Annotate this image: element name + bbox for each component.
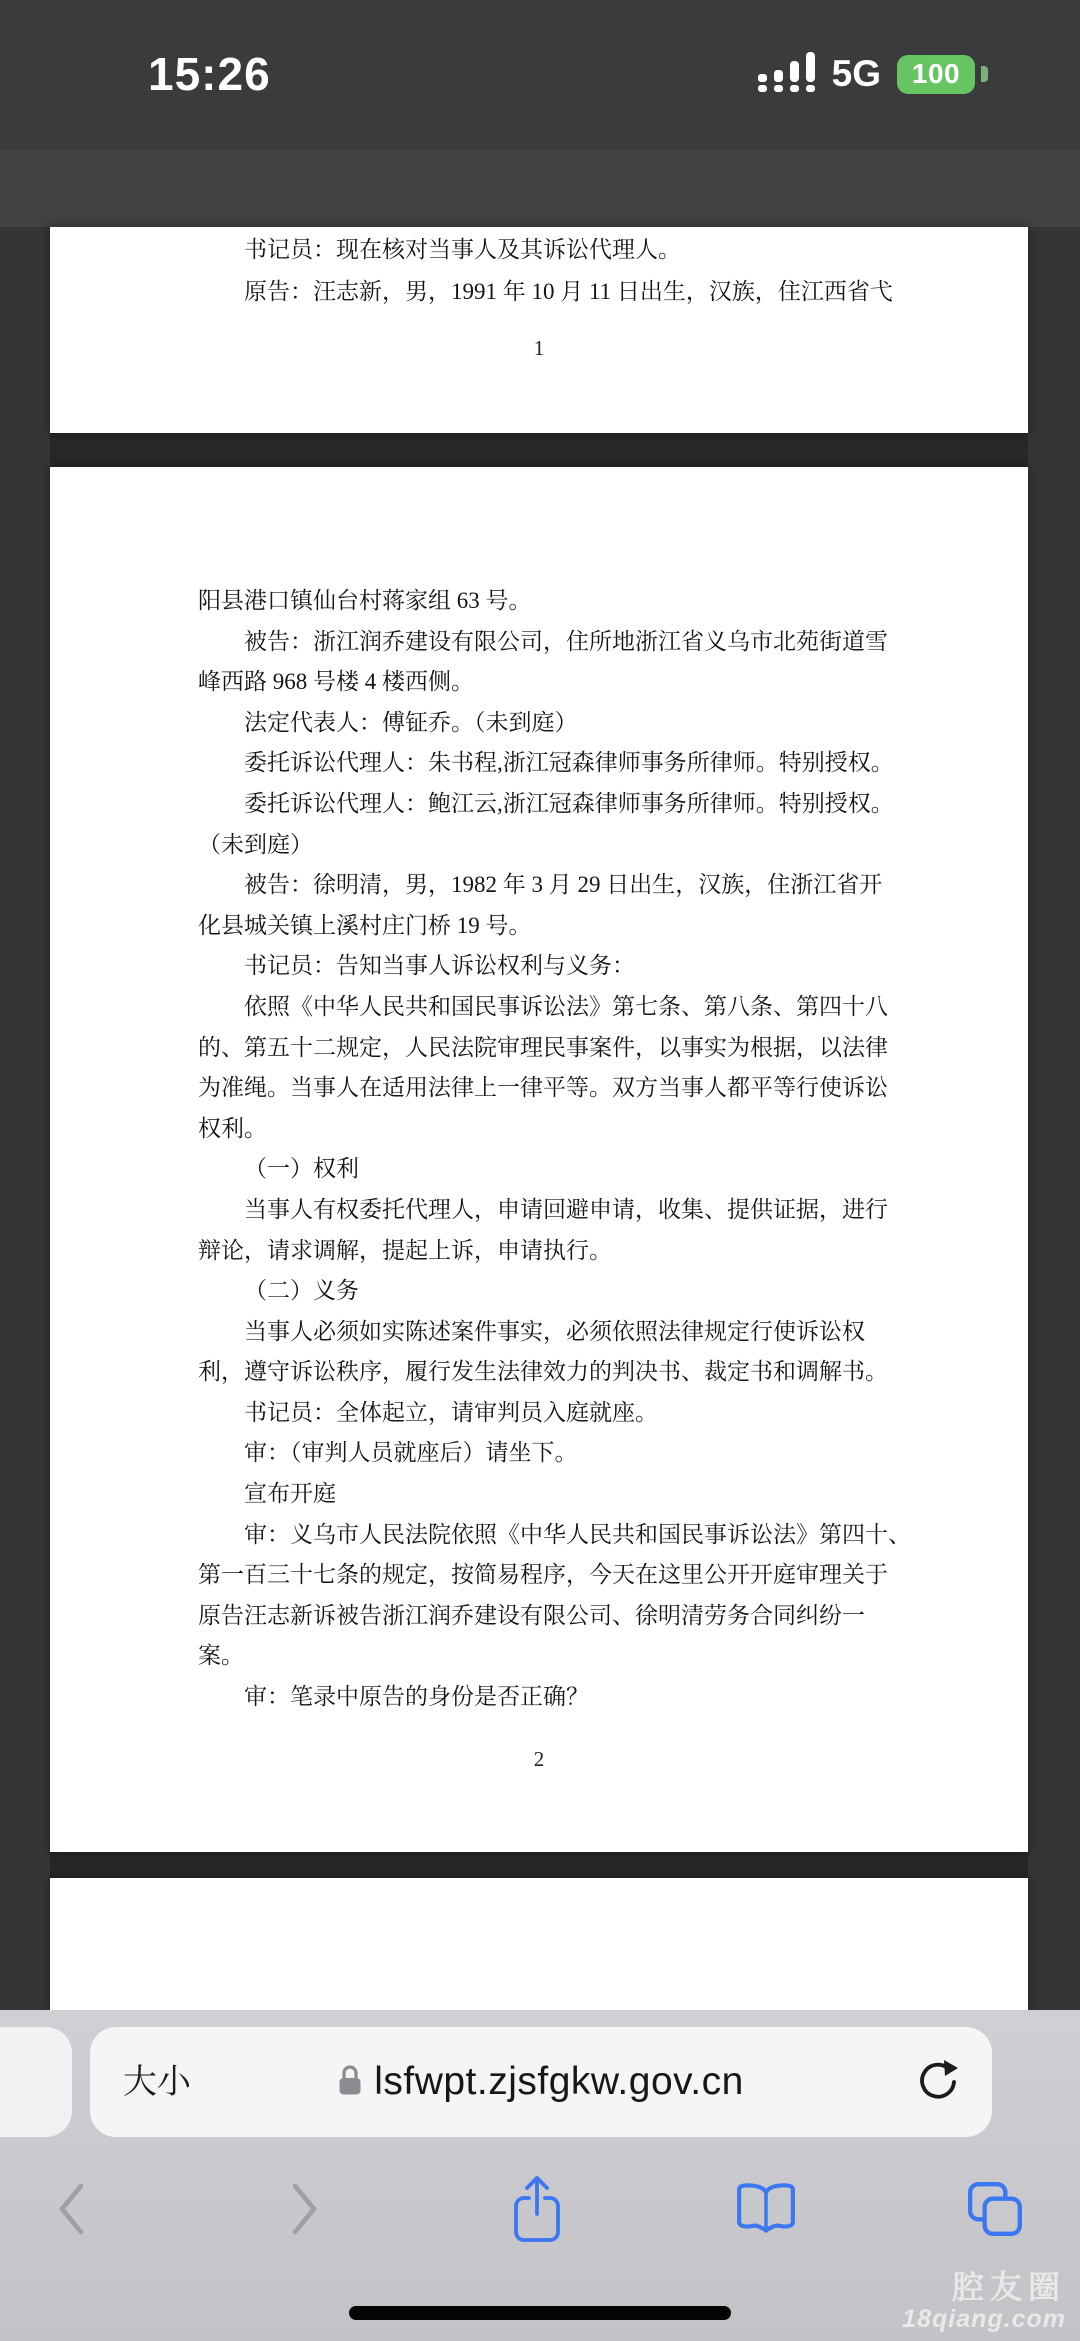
pdf-column: 书记员：现在核对当事人及其诉讼代理人。原告：汪志新，男，1991 年 10 月 … — [50, 227, 1028, 2010]
pdf-page-3 — [50, 1878, 1028, 2010]
document-line: 权利。 — [198, 1109, 880, 1150]
document-line: 审：义乌市人民法院依照《中华人民共和国民事诉讼法》第四十、 — [198, 1515, 880, 1556]
browser-bottom-chrome: 大小 lsfwpt.zjsfgkw.gov.cn — [0, 2010, 1080, 2341]
document-line: 书记员：现在核对当事人及其诉讼代理人。 — [198, 229, 880, 271]
battery-indicator: 100 — [897, 55, 975, 94]
document-line: （未到庭） — [198, 825, 880, 866]
watermark: 腔友圈 18qiang.com — [902, 2269, 1066, 2333]
document-line: （一）权利 — [198, 1149, 880, 1190]
document-line: 第一百三十七条的规定，按简易程序，今天在这里公开开庭审理关于 — [198, 1555, 880, 1596]
document-line: 化县城关镇上溪村庄门桥 19 号。 — [198, 906, 880, 947]
url-center-group[interactable]: lsfwpt.zjsfgkw.gov.cn — [90, 2027, 992, 2137]
share-icon — [512, 2174, 562, 2247]
document-line: 书记员：告知当事人诉讼权利与义务： — [198, 946, 880, 987]
page1-text: 书记员：现在核对当事人及其诉讼代理人。原告：汪志新，男，1991 年 10 月 … — [50, 227, 1028, 313]
battery-nub — [981, 66, 988, 82]
document-line: 当事人必须如实陈述案件事实，必须依照法律规定行使诉讼权 — [198, 1312, 880, 1353]
pdf-viewer-scroll-area[interactable]: 书记员：现在核对当事人及其诉讼代理人。原告：汪志新，男，1991 年 10 月 … — [0, 227, 1080, 2010]
watermark-line2: 18qiang.com — [902, 2305, 1066, 2333]
document-line: 被告：浙江润乔建设有限公司，住所地浙江省义乌市北苑街道雪 — [198, 622, 880, 663]
iphone-screen: 15:26 5G 100 — [0, 0, 1080, 2341]
status-time: 15:26 — [148, 46, 271, 102]
pdf-page-1: 书记员：现在核对当事人及其诉讼代理人。原告：汪志新，男，1991 年 10 月 … — [50, 227, 1028, 433]
document-line: 审：（审判人员就座后）请坐下。 — [198, 1433, 880, 1474]
network-type-label: 5G — [832, 53, 881, 95]
page-gap — [50, 1852, 1028, 1878]
document-line: 宣布开庭 — [198, 1474, 880, 1515]
page2-text: 阳县港口镇仙台村蒋家组 63 号。被告：浙江润乔建设有限公司，住所地浙江省义乌市… — [50, 467, 1028, 1718]
bookmarks-button[interactable] — [726, 2160, 806, 2260]
safari-toolbar — [0, 2160, 1080, 2270]
document-line: 当事人有权委托代理人，申请回避申请，收集、提供证据，进行 — [198, 1190, 880, 1231]
page1-number: 1 — [50, 333, 1028, 363]
safari-collapsed-header — [0, 150, 1080, 227]
refresh-button[interactable] — [914, 2058, 962, 2111]
forward-button[interactable] — [265, 2160, 345, 2260]
document-line: 委托诉讼代理人：鲍江云,浙江冠森律师事务所律师。特别授权。 — [198, 784, 880, 825]
pdf-page-2: 阳县港口镇仙台村蒋家组 63 号。被告：浙江润乔建设有限公司，住所地浙江省义乌市… — [50, 467, 1028, 1852]
page-gap — [50, 433, 1028, 467]
url-domain: lsfwpt.zjsfgkw.gov.cn — [374, 2060, 744, 2104]
bookmarks-icon — [734, 2182, 798, 2239]
previous-tab-pill[interactable] — [0, 2027, 72, 2137]
document-line: 依照《中华人民共和国民事诉讼法》第七条、第八条、第四十八 — [198, 987, 880, 1028]
tabs-icon — [965, 2179, 1025, 2242]
document-line: 原告：汪志新，男，1991 年 10 月 11 日出生，汉族，住江西省弋 — [198, 271, 880, 313]
share-button[interactable] — [497, 2160, 577, 2260]
tabs-button[interactable] — [955, 2160, 1035, 2260]
document-line: 阳县港口镇仙台村蒋家组 63 号。 — [198, 581, 880, 622]
lock-icon — [338, 2064, 362, 2101]
back-button[interactable] — [31, 2160, 111, 2260]
url-bar[interactable]: 大小 lsfwpt.zjsfgkw.gov.cn — [90, 2027, 992, 2137]
document-line: 辩论，请求调解，提起上诉，申请执行。 — [198, 1231, 880, 1272]
forward-icon — [291, 2181, 319, 2240]
status-bar: 15:26 5G 100 — [0, 0, 1080, 150]
watermark-line1: 腔友圈 — [902, 2269, 1066, 2305]
cellular-signal-icon — [758, 52, 816, 97]
document-line: 峰西路 968 号楼 4 楼西侧。 — [198, 662, 880, 703]
page2-number: 2 — [50, 1744, 1028, 1774]
home-indicator[interactable] — [349, 2306, 731, 2320]
battery-percent: 100 — [912, 58, 960, 90]
document-line: 案。 — [198, 1636, 880, 1677]
document-line: 原告汪志新诉被告浙江润乔建设有限公司、徐明清劳务合同纠纷一 — [198, 1596, 880, 1637]
back-icon — [57, 2181, 85, 2240]
document-line: 被告：徐明清，男，1982 年 3 月 29 日出生，汉族，住浙江省开 — [198, 865, 880, 906]
document-line: （二）义务 — [198, 1271, 880, 1312]
document-line: 审：笔录中原告的身份是否正确？ — [198, 1677, 880, 1718]
document-line: 为准绳。当事人在适用法律上一律平等。双方当事人都平等行使诉讼 — [198, 1068, 880, 1109]
document-line: 的、第五十二规定，人民法院审理民事案件，以事实为根据，以法律 — [198, 1028, 880, 1069]
status-right-cluster: 5G 100 — [758, 48, 988, 100]
document-line: 利，遵守诉讼秩序，履行发生法律效力的判决书、裁定书和调解书。 — [198, 1352, 880, 1393]
document-line: 书记员：全体起立，请审判员入庭就座。 — [198, 1393, 880, 1434]
document-line: 委托诉讼代理人：朱书程,浙江冠森律师事务所律师。特别授权。 — [198, 743, 880, 784]
document-line: 法定代表人：傅钲乔。（未到庭） — [198, 703, 880, 744]
